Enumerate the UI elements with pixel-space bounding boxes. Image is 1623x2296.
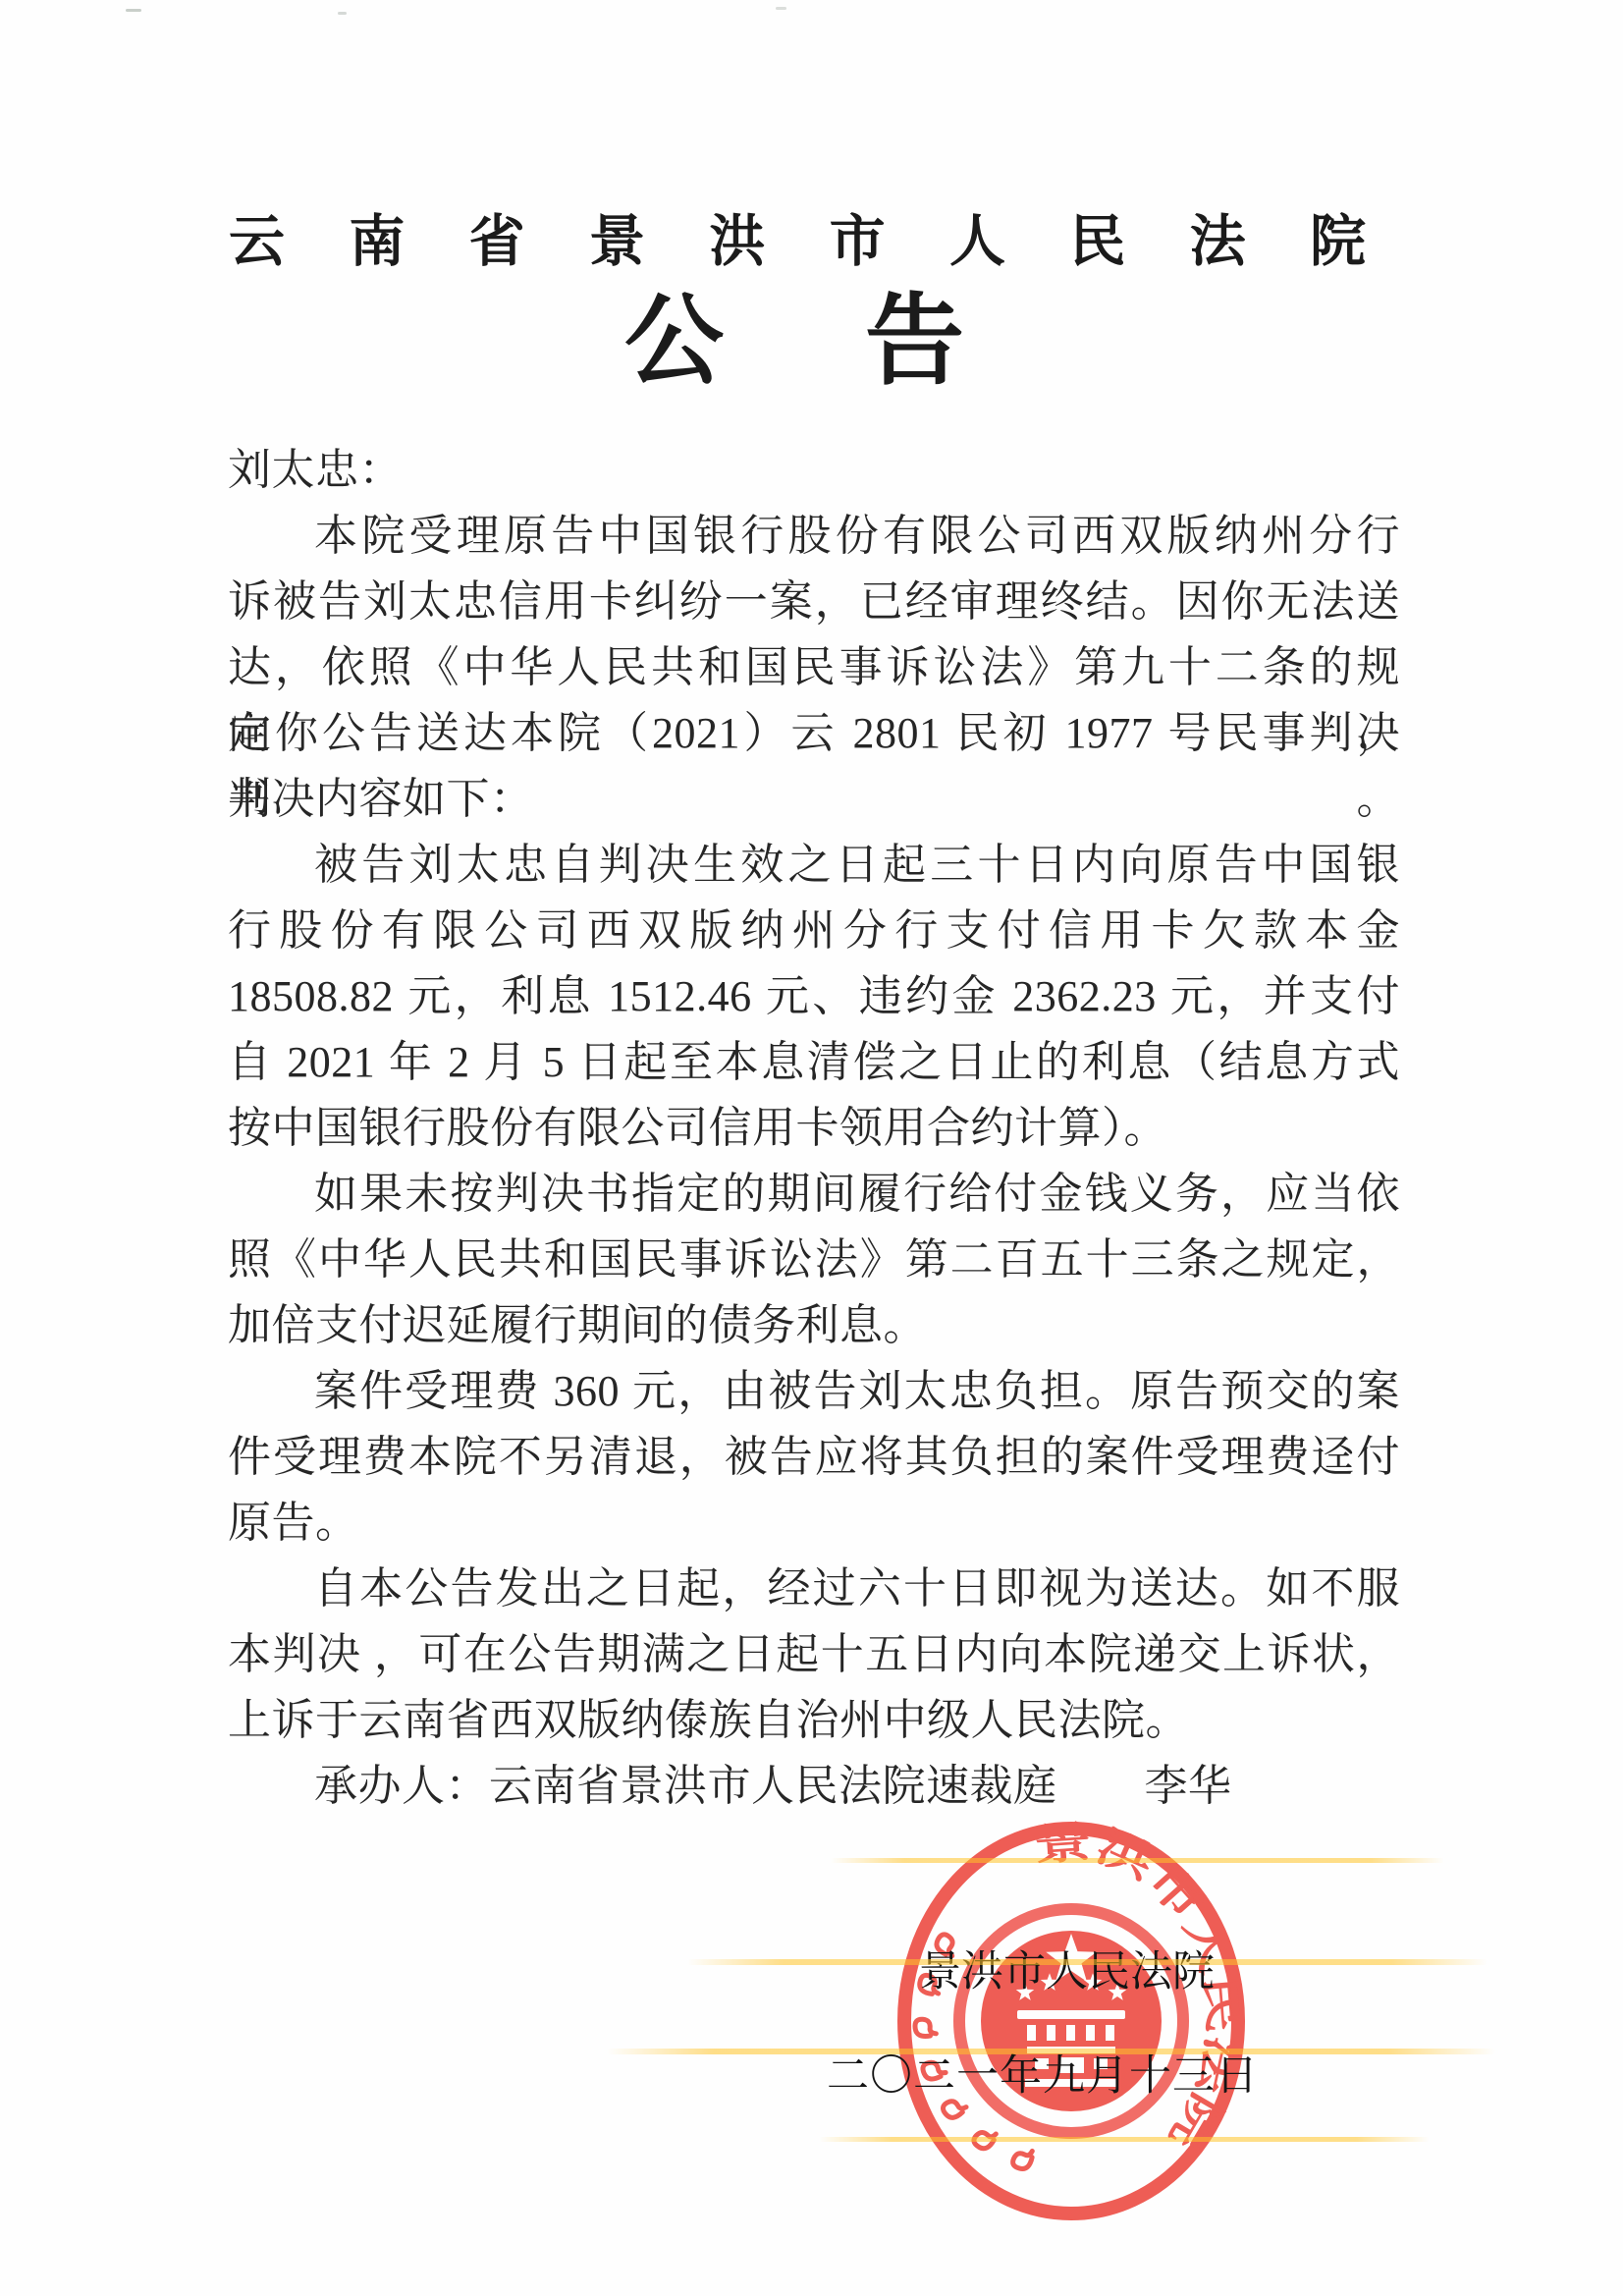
scan-speck	[126, 9, 141, 12]
body-line: 原告。	[228, 1490, 1400, 1556]
body-line: 件受理费本院不另清退，被告应将其负担的案件受理费迳付	[228, 1424, 1400, 1490]
body-line: 诉被告刘太忠信用卡纠纷一案，已经审理终结。因你无法送	[228, 569, 1400, 634]
announcement-body: 刘太忠： 本院受理原告中国银行股份有限公司西双版纳州分行 诉被告刘太忠信用卡纠纷…	[228, 437, 1400, 1819]
body-line: 达，依照《中华人民共和国民事诉讼法》第九十二条的规定，	[228, 634, 1400, 700]
body-line: 按中国银行股份有限公司信用卡领用合约计算）。	[228, 1095, 1400, 1161]
court-seal: 景洪市人民法院	[892, 1815, 1255, 2227]
body-line: 自本公告发出之日起，经过六十日即视为送达。如不服	[228, 1556, 1400, 1621]
scan-speck	[338, 12, 347, 15]
announcement-title: 公告	[624, 287, 964, 397]
body-line: 本判决 ，可在公告期满之日起十五日内向本院递交上诉状，	[228, 1621, 1400, 1687]
body-line: 加倍支付迟延履行期间的债务利息。	[228, 1292, 1400, 1358]
court-title: 云南省景洪市人民法院	[229, 210, 1366, 273]
body-line: 自 2021 年 2 月 5 日起至本息清偿之日止的利息（结息方式	[228, 1029, 1400, 1095]
body-line: 行股份有限公司西双版纳州分行支付信用卡欠款本金	[228, 898, 1400, 963]
body-line: 18508.82 元，利息 1512.46 元、违约金 2362.23 元，并支…	[228, 963, 1400, 1029]
body-line-handler: 承办人：云南省景洪市人民法院速裁庭 李华	[228, 1753, 1400, 1819]
body-line: 上诉于云南省西双版纳傣族自治州中级人民法院。	[228, 1687, 1400, 1753]
body-line: 照《中华人民共和国民事诉讼法》第二百五十三条之规定，	[228, 1227, 1400, 1292]
body-line: 本院受理原告中国银行股份有限公司西双版纳州分行	[228, 503, 1400, 569]
announcement-page: 云南省景洪市人民法院 公告 刘太忠： 本院受理原告中国银行股份有限公司西双版纳州…	[0, 0, 1623, 2296]
scan-speck	[776, 7, 786, 10]
signature-court-name: 景洪市人民法院	[919, 1950, 1215, 1995]
body-line: 被告刘太忠自判决生效之日起三十日内向原告中国银	[228, 832, 1400, 898]
body-line: 案件受理费 360 元，由被告刘太忠负担。原告预交的案	[228, 1358, 1400, 1424]
body-line-recipient: 刘太忠：	[228, 437, 1400, 503]
body-line: 如果未按判决书指定的期间履行给付金钱义务，应当依	[228, 1161, 1400, 1227]
body-line: 向你公告送达本院（2021）云 2801 民初 1977 号民事判决书。	[228, 700, 1400, 766]
signature-date: 二〇二一年九月十三日	[827, 2054, 1259, 2100]
